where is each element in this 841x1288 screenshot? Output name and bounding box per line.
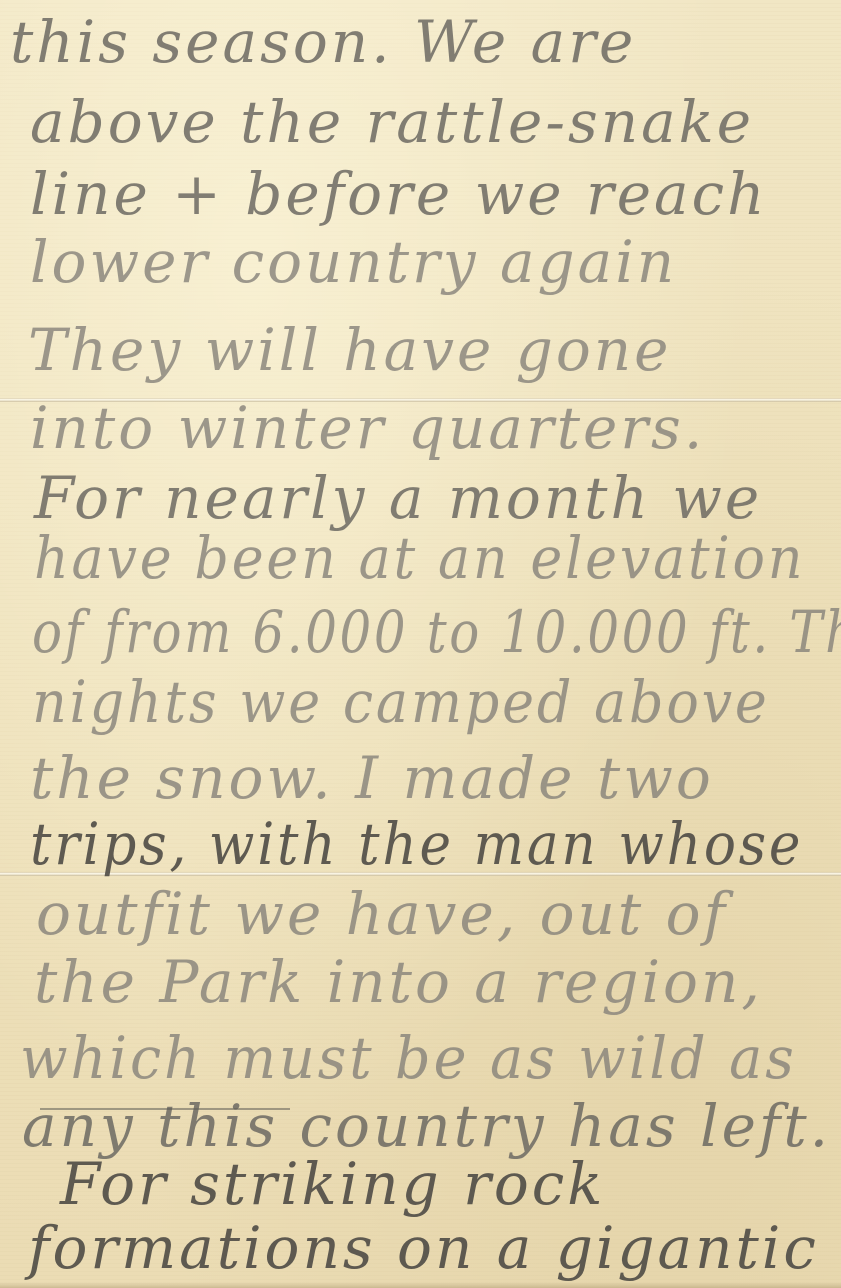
handwritten-line: For nearly a month we [34,464,762,532]
handwritten-line: the Park into a region, [34,948,763,1016]
handwritten-line: have been at an elevation [34,524,805,592]
handwritten-line: trips, with the man whose [30,810,803,878]
handwritten-line: formations on a gigantic [28,1214,819,1282]
handwritten-line: the snow. I made two [30,744,714,812]
paper-bottom-edge [0,1282,841,1288]
handwritten-line: this season. We are [10,8,636,76]
strikethrough-mark [40,1108,290,1110]
letter-page: this season. We are above the rattle-sna… [0,0,841,1288]
handwritten-line: into winter quarters. [30,394,705,462]
handwritten-line: outfit we have, out of [36,880,728,948]
handwritten-line: of from 6.000 to 10.000 ft. Three [32,598,841,666]
handwritten-line: nights we camped above [32,668,770,736]
handwritten-line: For striking rock [60,1150,605,1218]
handwritten-line: above the rattle-snake [30,88,754,156]
handwritten-line: lower country again [30,228,677,296]
handwritten-line: which must be as wild as [20,1024,797,1092]
handwritten-line: They will have gone [28,316,672,384]
handwritten-line: line + before we reach [30,160,767,228]
